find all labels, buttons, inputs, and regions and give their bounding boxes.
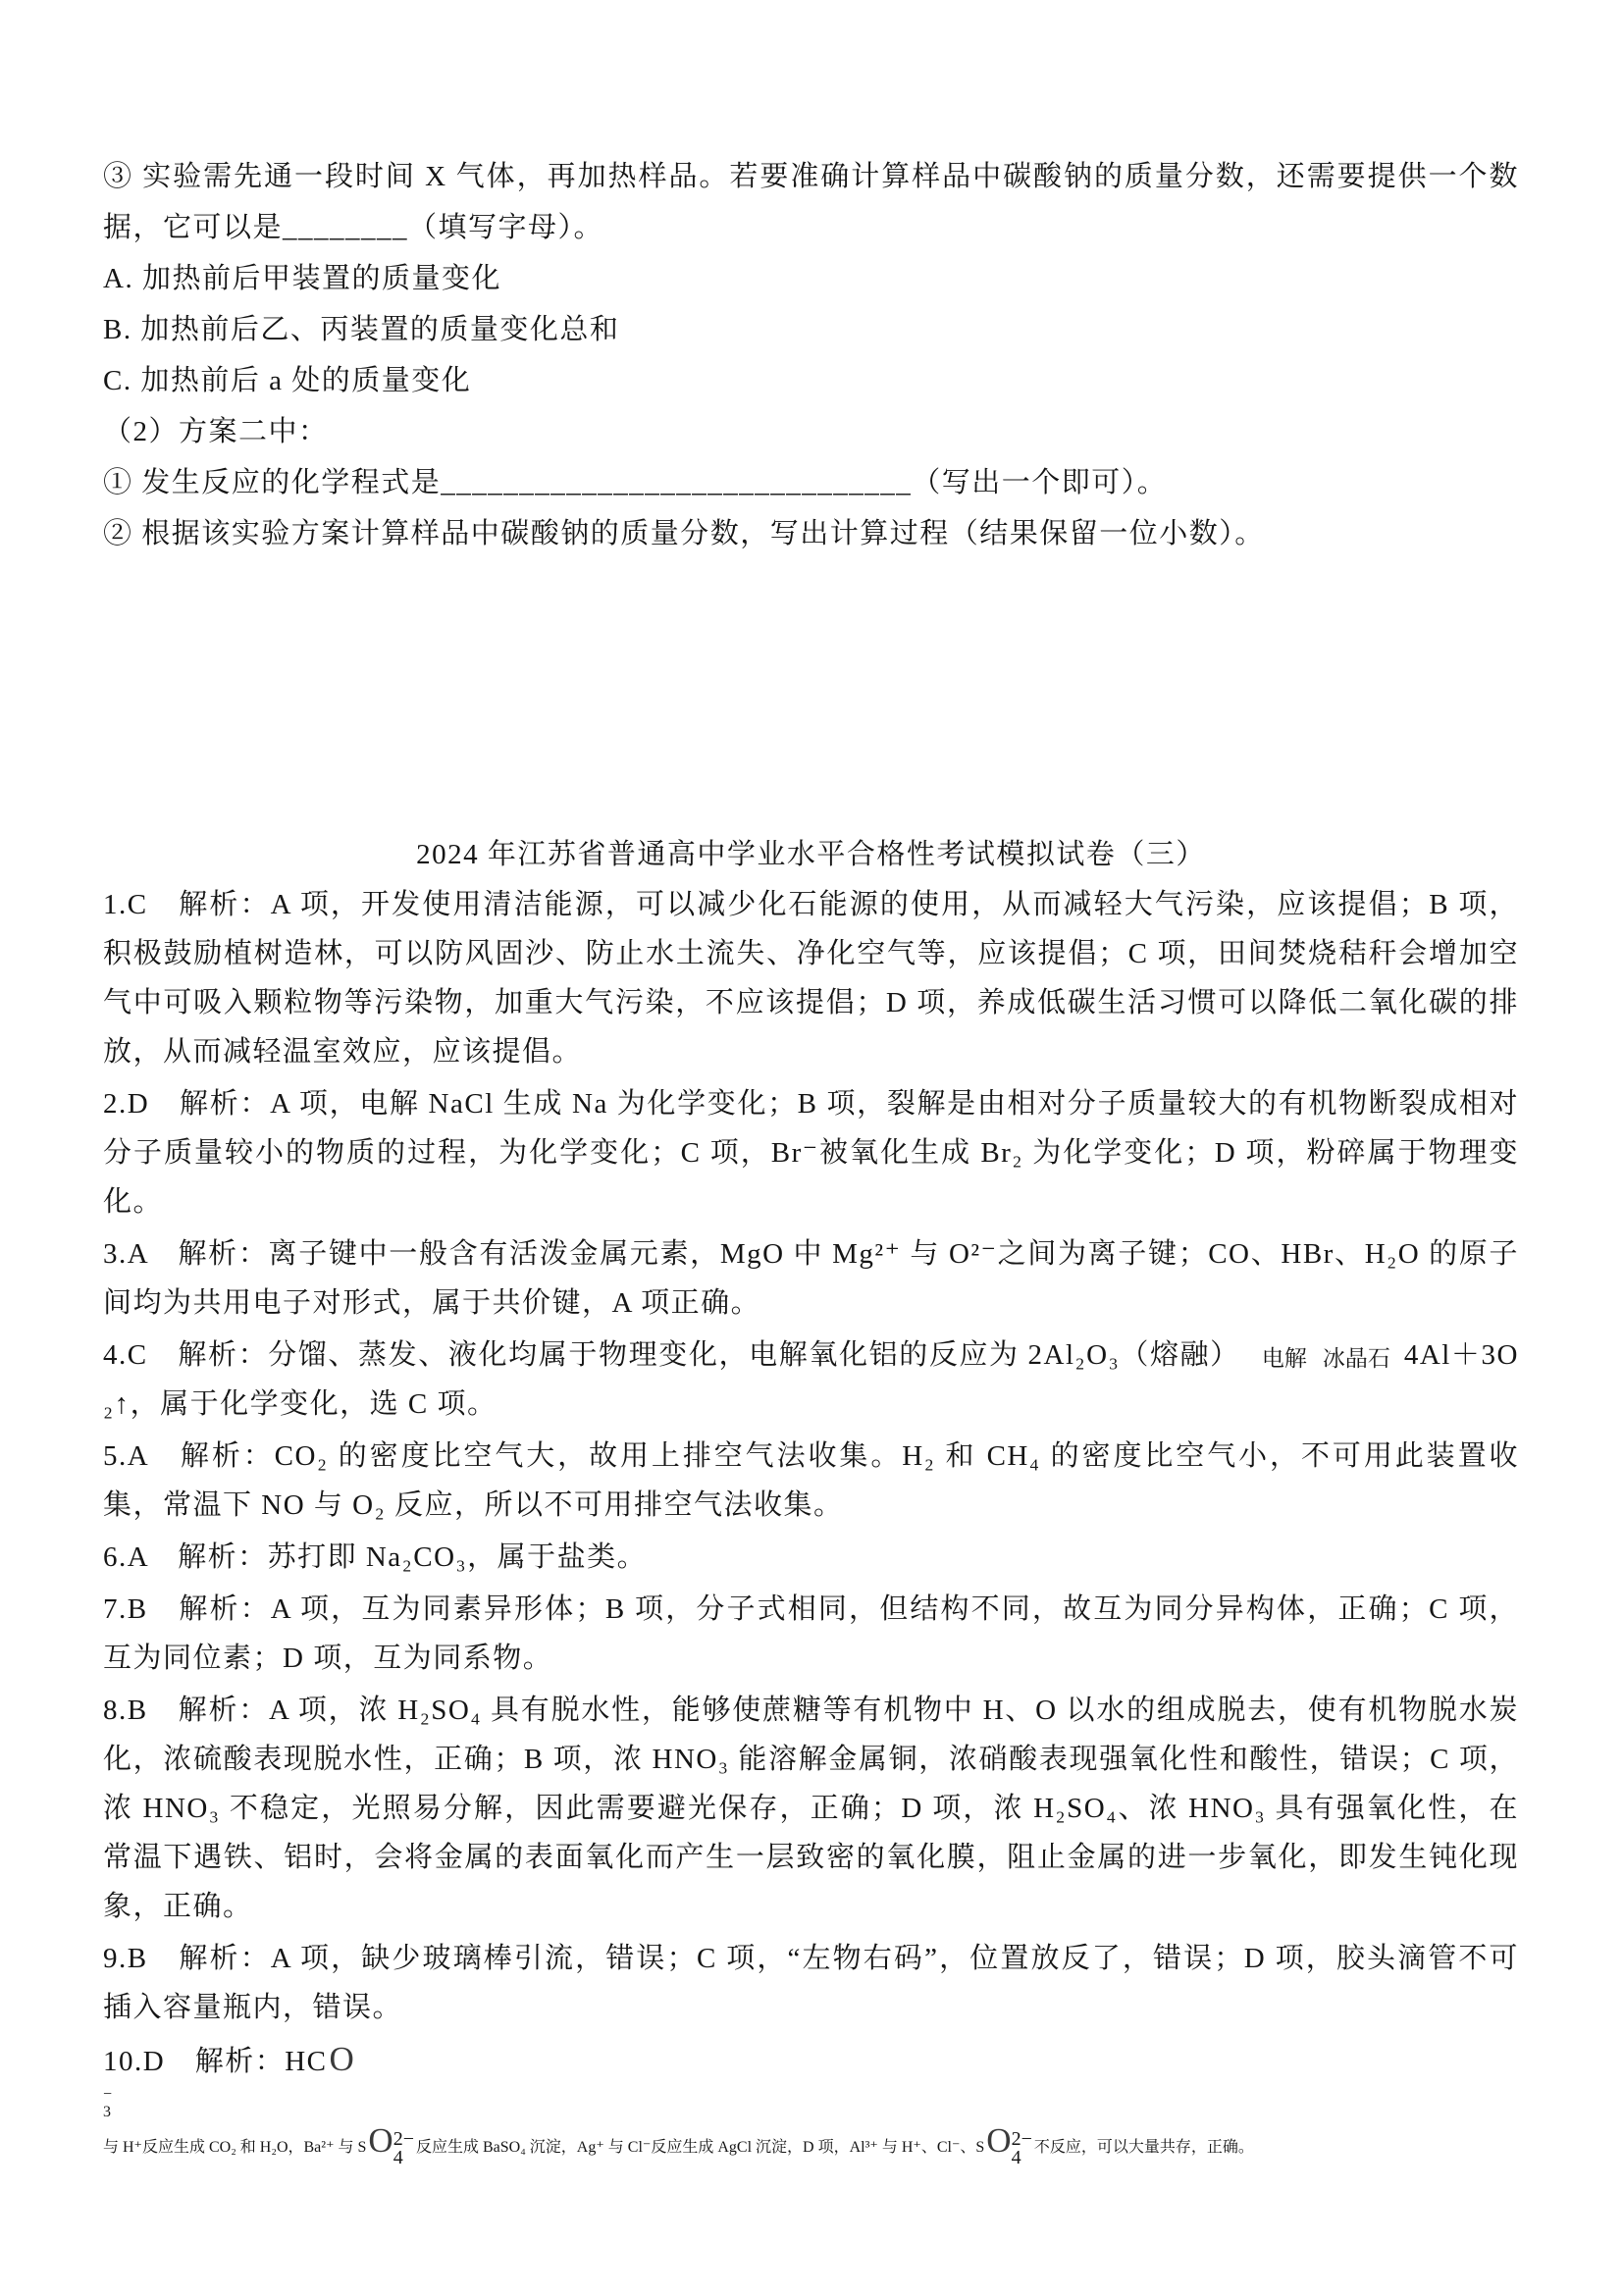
answer-key-section: 1.C 解析：A 项，开发使用清洁能源，可以减少化石能源的使用，从而减轻大气污染… [103,880,1519,2167]
answer-item-10: 10.D 解析：HCO [103,2035,1519,2086]
ion-stacked-scripts: 2−4 [393,2130,414,2167]
answer-10-segment-3: 反应生成 BaSO₄ 沉淀，Ag⁺ 与 Cl⁻反应生成 AgCl 沉淀，D 项，… [416,2139,984,2156]
answer-10-segment-4: 不反应，可以大量共存，正确。 [1034,2139,1254,2156]
answer-4-text-before-fraction: 4.C 解析：分馏、蒸发、液化均属于物理变化，电解氧化铝的反应为 2Al₂O₃（… [103,1339,1240,1371]
answer-item-5: 5.A 解析：CO₂ 的密度比空气大，故用上排空气法收集。H₂ 和 CH₄ 的密… [103,1432,1519,1530]
question-option-c: C. 加热前后 a 处的质量变化 [103,355,1519,406]
calculation-instruction-line: ② 根据该实验方案计算样品中碳酸钠的质量分数，写出计算过程（结果保留一位小数）。 [103,508,1519,559]
ion-base-letter: O [368,2121,393,2160]
question-option-a: A. 加热前后甲装置的质量变化 [103,253,1519,304]
answer-item-1: 1.C 解析：A 项，开发使用清洁能源，可以减少化石能源的使用，从而减轻大气污染… [103,880,1519,1076]
ion-base-letter: O [329,2040,353,2078]
ion-subscript: 4 [393,2149,414,2167]
answer-item-7: 7.B 解析：A 项，互为同素异形体；B 项，分子式相同，但结构不同，故互为同分… [103,1585,1519,1683]
electrolysis-condition-fraction: 电解冰晶石 [1250,1343,1394,1372]
answer-item-3: 3.A 解析：离子键中一般含有活泼金属元素，MgO 中 Mg²⁺ 与 O²⁻之间… [103,1229,1519,1328]
question-section: ③ 实验需先通一段时间 X 气体，再加热样品。若要准确计算样品中碳酸钠的质量分数… [103,151,1519,559]
answer-10-segment-1: 10.D 解析：HC [103,2046,327,2077]
ion-base-letter: O [986,2121,1011,2160]
answer-item-4: 4.C 解析：分馏、蒸发、液化均属于物理变化，电解氧化铝的反应为 2Al₂O₃（… [103,1331,1519,1429]
ion-subscript: 3 [103,2104,1519,2121]
sulfate-ion-formula: O2−4 [986,2121,1032,2167]
equation-blank-line: ① 发生反应的化学程式是____________________________… [103,457,1519,508]
fraction-bottom-label: 冰晶石 [1319,1344,1394,1371]
answer-key-title: 2024 年江苏省普通高中学业水平合格性考试模拟试卷（三） [103,830,1519,880]
answer-item-9: 9.B 解析：A 项，缺少玻璃棒引流，错误；C 项，“左物右码”，位置放反了，错… [103,1934,1519,2032]
question-option-b: B. 加热前后乙、丙装置的质量变化总和 [103,304,1519,355]
bicarbonate-ion-formula: O [329,2035,353,2086]
blank-gap [103,559,1519,830]
answer-item-6: 6.A 解析：苏打即 Na₂CO₃，属于盐类。 [103,1533,1519,1582]
sulfate-ion-formula: O2−4 [368,2121,414,2167]
fraction-top-label: 电解 [1250,1346,1319,1371]
ion-subscript: 4 [1012,2149,1032,2167]
answer-10-segment-2: 与 H⁺反应生成 CO₂ 和 H₂O，Ba²⁺ 与 S [103,2139,366,2156]
document-page: ③ 实验需先通一段时间 X 气体，再加热样品。若要准确计算样品中碳酸钠的质量分数… [0,0,1623,2296]
answer-item-8: 8.B 解析：A 项，浓 H₂SO₄ 具有脱水性，能够使蔗糖等有机物中 H、O … [103,1686,1519,1931]
answer-item-2: 2.D 解析：A 项，电解 NaCl 生成 Na 为化学变化；B 项，裂解是由相… [103,1079,1519,1226]
plan2-heading: （2）方案二中： [103,406,1519,457]
ion-superscript: − [103,2086,1519,2104]
question-intro-line: ③ 实验需先通一段时间 X 气体，再加热样品。若要准确计算样品中碳酸钠的质量分数… [103,151,1519,253]
ion-stacked-scripts: 2−4 [1012,2130,1032,2167]
